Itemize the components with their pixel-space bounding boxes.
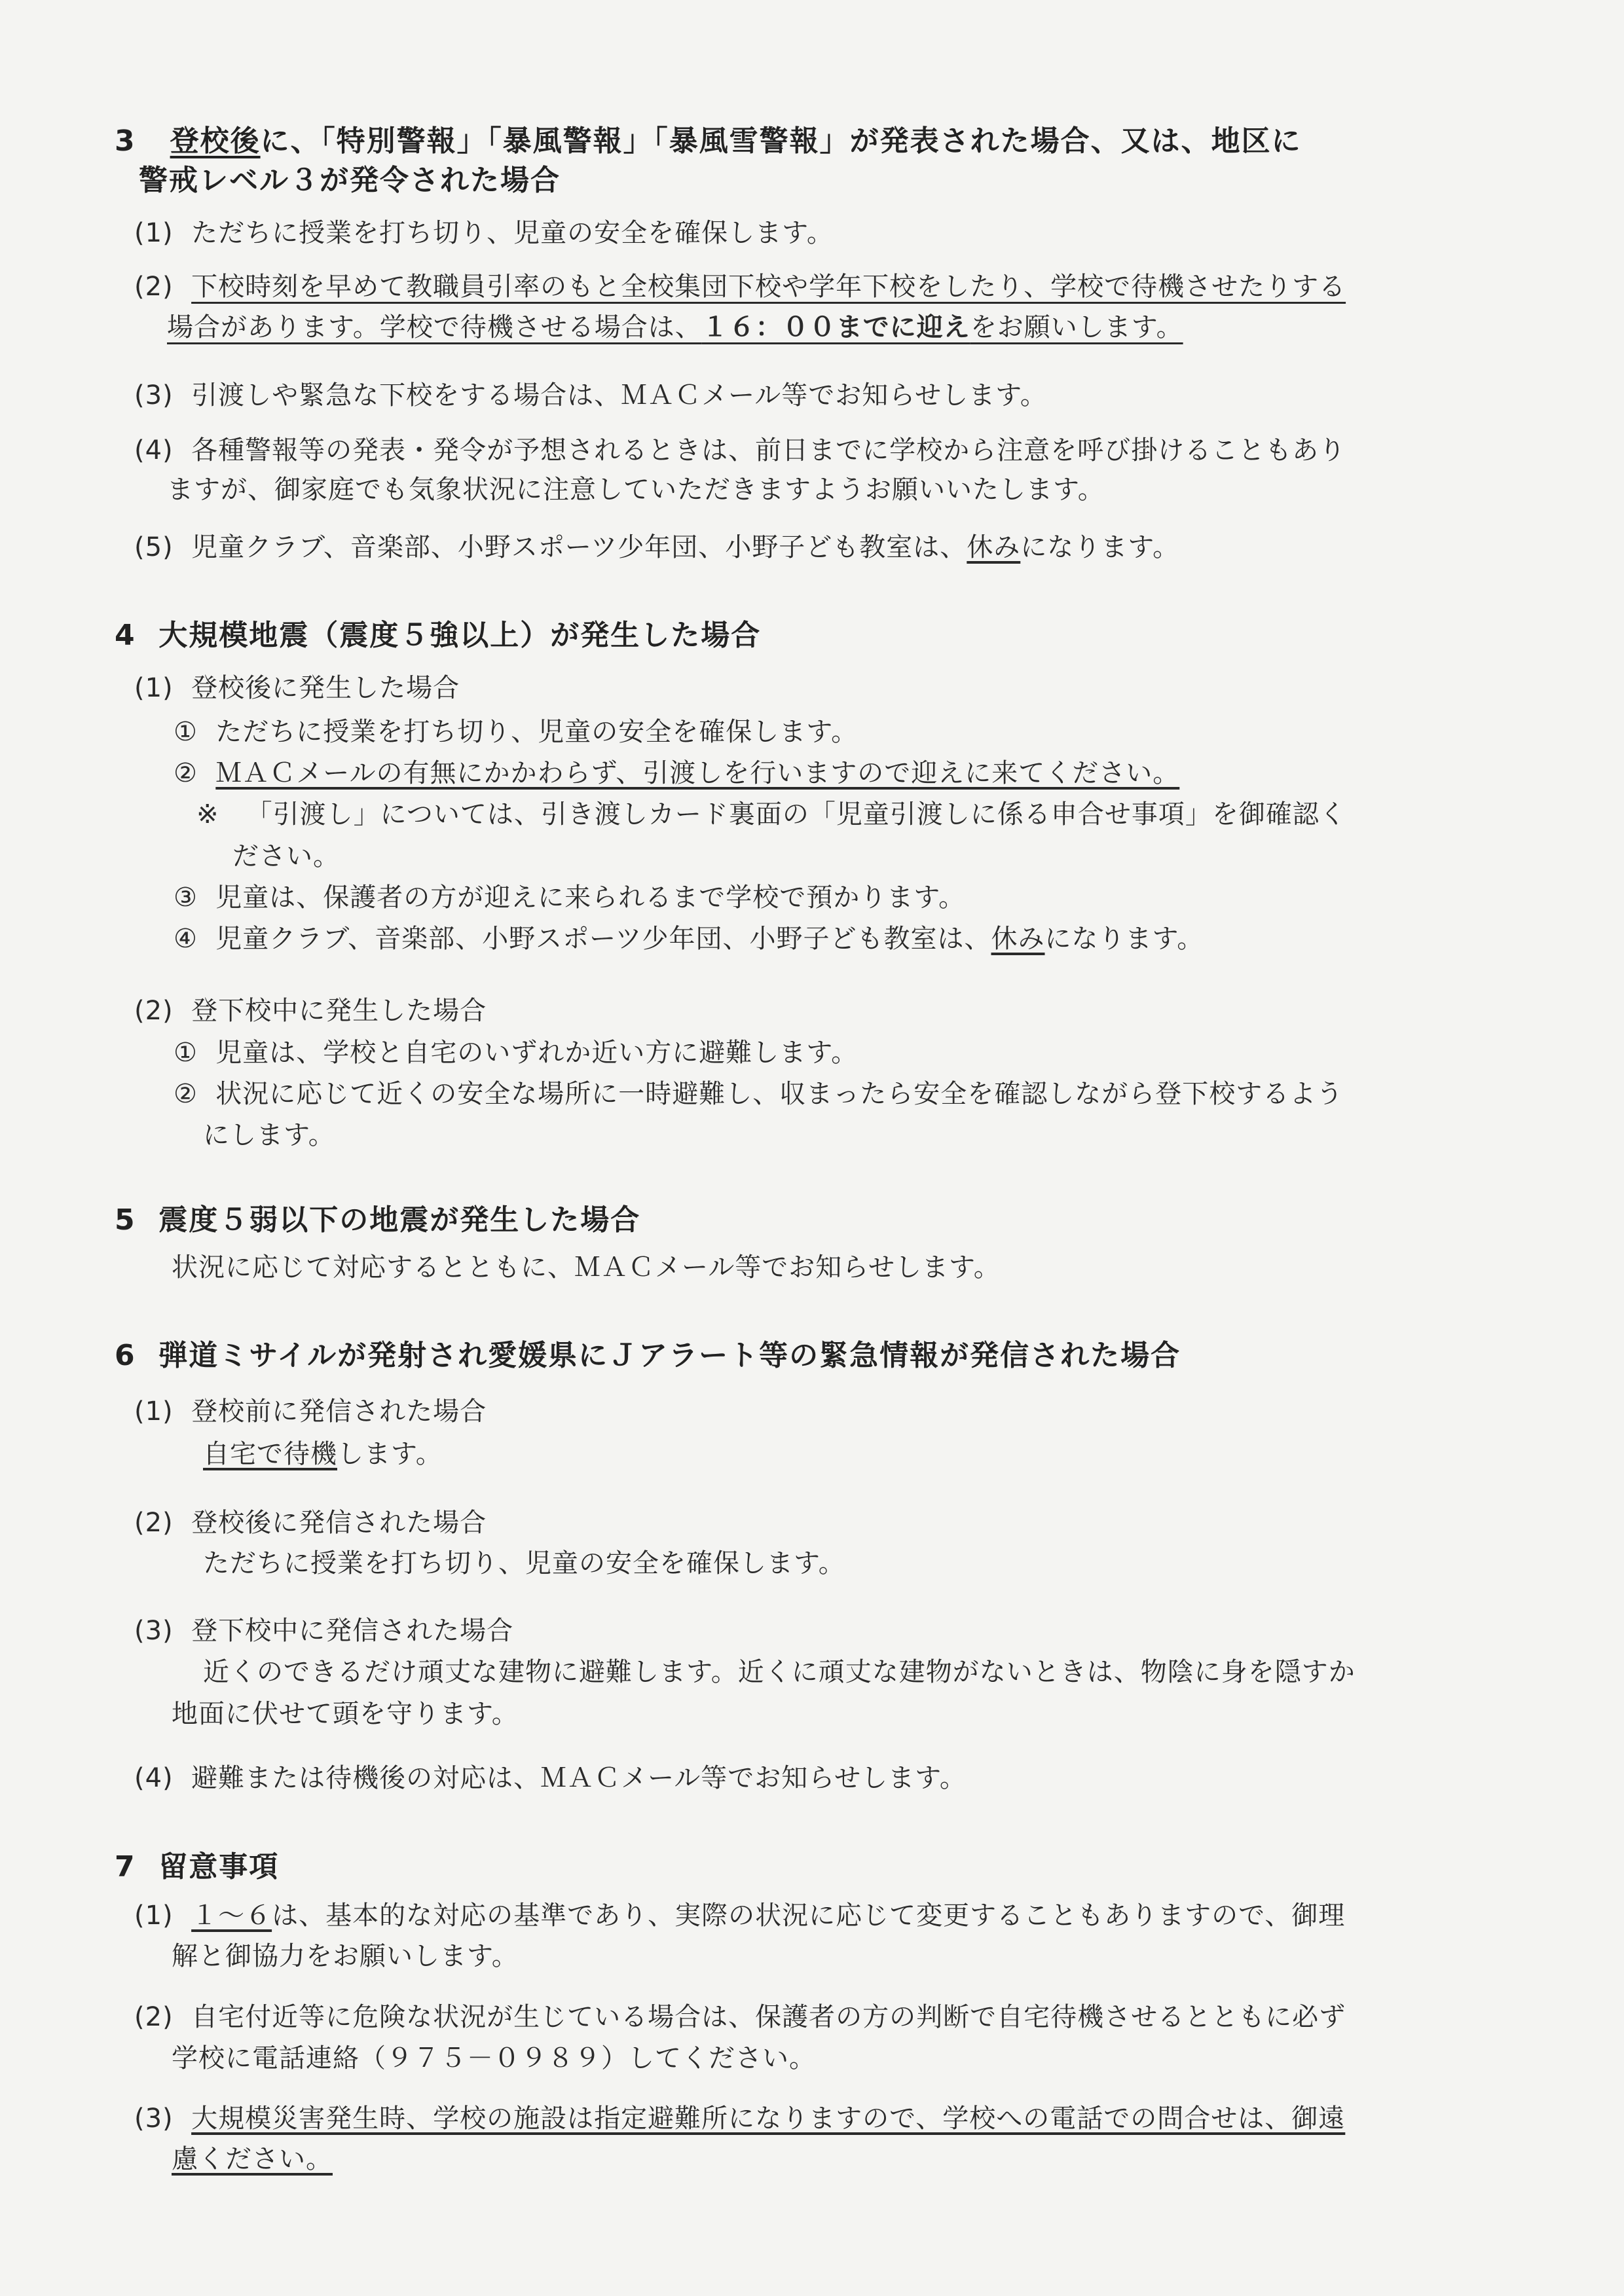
s6-item-2-title: (2) 登校後に発信された場合 — [134, 1506, 487, 1540]
s4-sub2-item-2: ② 状況に応じて近くの安全な場所に一時避難し、収まったら安全を確認しながら登下校… — [174, 1077, 1343, 1111]
s4-sub1-item-1: ① ただちに授業を打ち切り、児童の安全を確保します。 — [174, 715, 858, 749]
s6-item-3-line2: 地面に伏せて頭を守ります。 — [172, 1697, 519, 1731]
s4-sub1-note: ※ 「引渡し」については、引き渡しカード裏面の「児童引渡しに係る申合せ事項」を御… — [196, 797, 1346, 831]
s6-item-3-title: (3) 登下校中に発信された場合 — [134, 1614, 513, 1648]
document-page: 3 登校後に、「特別警報」「暴風警報」「暴風雪警報」が発表された場合、又は、地区… — [0, 0, 1624, 2296]
section-3-heading-line2: 警戒レベル３が発令された場合 — [139, 164, 561, 198]
section-4-heading: 4 大規模地震（震度５強以上）が発生した場合 — [115, 619, 761, 653]
s5-text: 状況に応じて対応するとともに、ＭＡＣメール等でお知らせします。 — [172, 1250, 1001, 1285]
s4-sub2-title: (2) 登下校中に発生した場合 — [134, 994, 487, 1028]
s4-sub1-item-4: ④ 児童クラブ、音楽部、小野スポーツ少年団、小野子ども教室は、休みになります。 — [174, 922, 1204, 956]
s7-item-3: (3) 大規模災害発生時、学校の施設は指定避難所になりますので、学校への電話での… — [134, 2102, 1345, 2136]
s7-item-1: (1) １～６は、基本的な対応の基準であり、実際の状況に応じて変更することもあり… — [134, 1899, 1345, 1933]
s7-item-3-line2: 慮ください。 — [172, 2142, 333, 2176]
s7-item-2-line2: 学校に電話連絡（９７５－０９８９）してください。 — [172, 2041, 816, 2075]
s4-sub1-note-line2: ださい。 — [232, 839, 340, 873]
s6-item-1-text: 自宅で待機します。 — [203, 1437, 443, 1471]
s3-item-2: (2) 下校時刻を早めて教職員引率のもと全校集団下校や学年下校をしたり、学校で待… — [134, 270, 1346, 304]
underlined-keyword: 登校後 — [170, 124, 261, 158]
s4-sub2-item-2-line2: にします。 — [203, 1118, 335, 1152]
s3-item-5: (5) 児童クラブ、音楽部、小野スポーツ少年団、小野子ども教室は、休みになります… — [134, 530, 1179, 564]
section-5-heading: 5 震度５弱以下の地震が発生した場合 — [115, 1203, 640, 1237]
section-6-heading: 6 弾道ミサイルが発射され愛媛県にＪアラート等の緊急情報が発信された場合 — [115, 1339, 1181, 1373]
s3-item-1: (1) ただちに授業を打ち切り、児童の安全を確保します。 — [134, 216, 834, 250]
section-number: 3 — [115, 124, 136, 158]
section-7-heading: 7 留意事項 — [115, 1850, 279, 1884]
s6-item-4: (4) 避難または待機後の対応は、ＭＡＣメール等でお知らせします。 — [134, 1761, 967, 1795]
s6-item-3-line1: 近くのできるだけ頑丈な建物に避難します。近くに頑丈な建物がないときは、物陰に身を… — [203, 1655, 1356, 1689]
s6-item-2-text: ただちに授業を打ち切り、児童の安全を確保します。 — [203, 1546, 845, 1580]
s4-sub2-item-1: ① 児童は、学校と自宅のいずれか近い方に避難します。 — [174, 1036, 858, 1070]
s7-item-1-line2: 解と御協力をお願いします。 — [172, 1939, 519, 1973]
section-3-heading: 3 登校後に、「特別警報」「暴風警報」「暴風雪警報」が発表された場合、又は、地区… — [115, 124, 1302, 158]
s3-item-3: (3) 引渡しや緊急な下校をする場合は、ＭＡＣメール等でお知らせします。 — [134, 378, 1047, 412]
s4-sub1-item-2: ② ＭＡＣメールの有無にかかわらず、引渡しを行いますので迎えに来てください。 — [174, 756, 1179, 790]
s4-sub1-title: (1) 登校後に発生した場合 — [134, 671, 460, 705]
s3-item-4-line2: ますが、御家庭でも気象状況に注意していただきますようお願いいたします。 — [167, 473, 1105, 507]
s3-item-4: (4) 各種警報等の発表・発令が予想されるときは、前日までに学校から注意を呼び掛… — [134, 433, 1346, 467]
s6-item-1-title: (1) 登校前に発信された場合 — [134, 1394, 487, 1429]
s7-item-2: (2) 自宅付近等に危険な状況が生じている場合は、保護者の方の判断で自宅待機させ… — [134, 2000, 1346, 2034]
s3-item-2-line2: 場合があります。学校で待機させる場合は、１６：００までに迎えをお願いします。 — [167, 310, 1183, 344]
s4-sub1-item-3: ③ 児童は、保護者の方が迎えに来られるまで学校で預かります。 — [174, 881, 965, 915]
